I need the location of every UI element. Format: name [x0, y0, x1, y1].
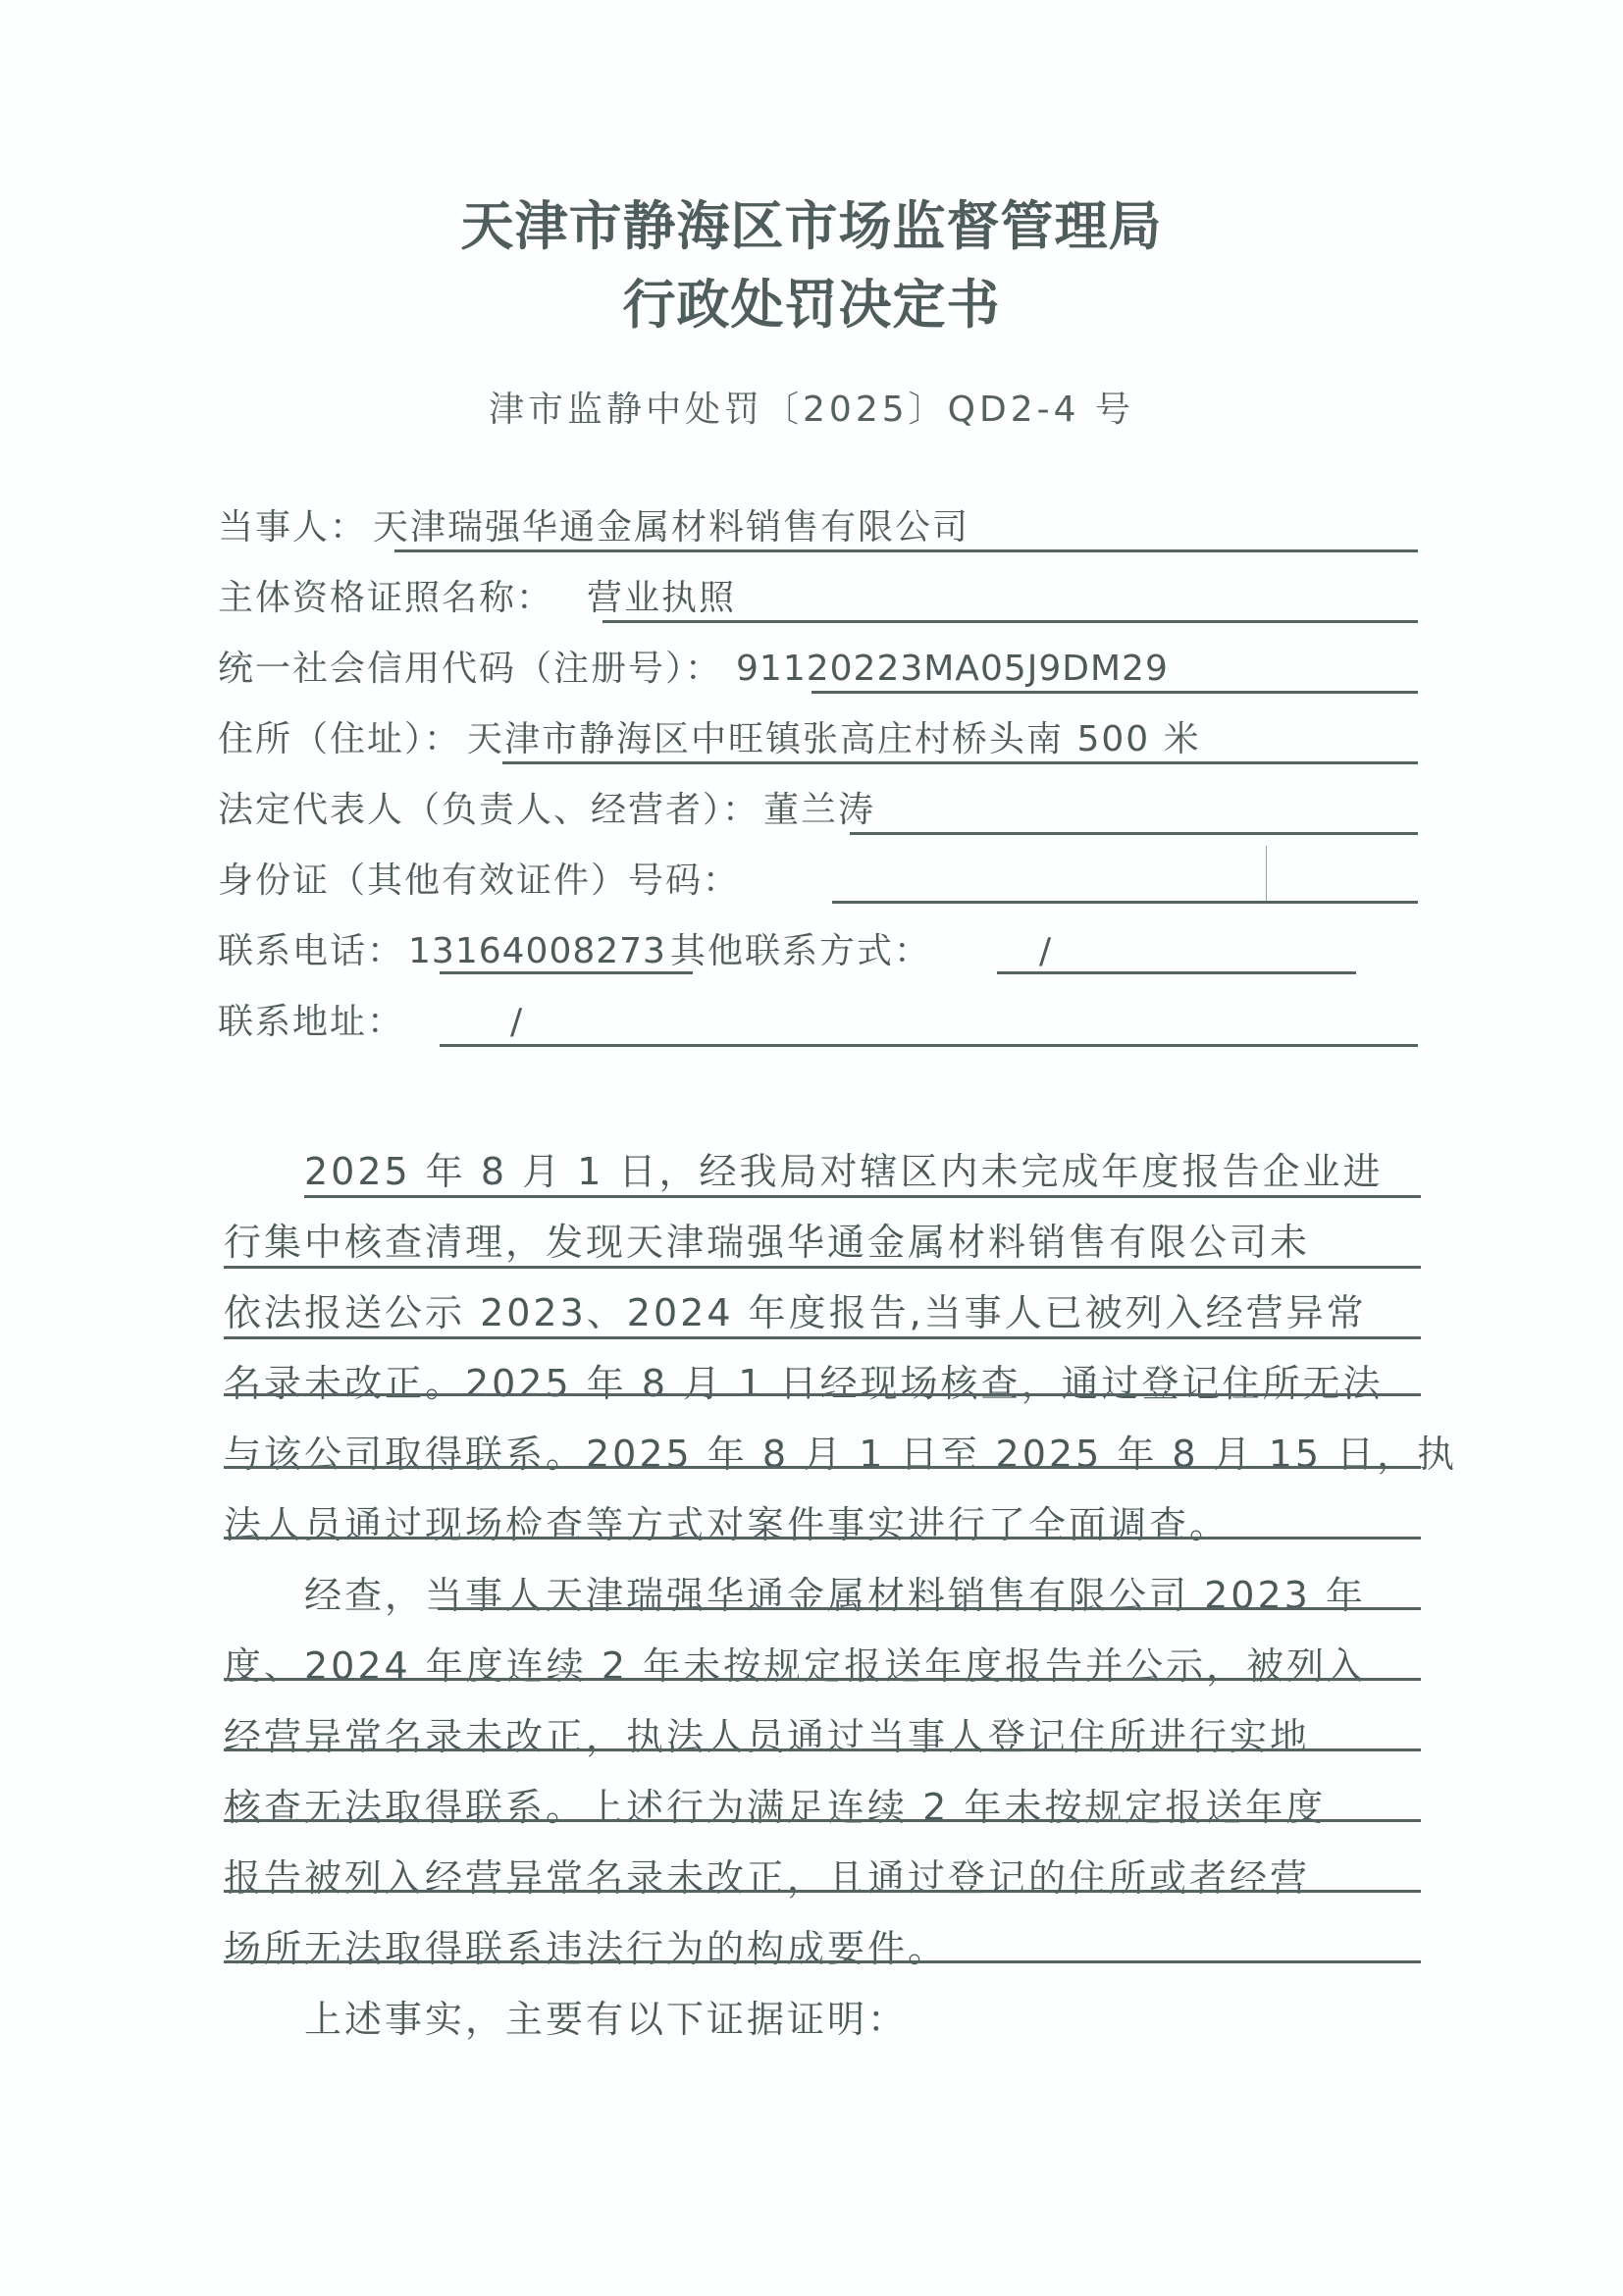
field-contact-address-underline: [440, 1044, 1418, 1047]
field-license-name-label: 主体资格证照名称：: [218, 573, 553, 624]
paragraph2-underline: [224, 1748, 1421, 1751]
paragraph1-line: 法人员通过现场检查等方式对案件事实进行了全面调查。: [224, 1497, 1421, 1552]
field-license-name-underline: [602, 620, 1418, 623]
field-address-label: 住所（住址）：: [218, 714, 461, 765]
field-party-underline: [394, 549, 1418, 552]
field-phone-value: 13164008273: [408, 926, 666, 977]
field-phone-underline: [440, 971, 693, 974]
field-id-number: 身份证（其他有效证件）号码：: [218, 856, 740, 907]
field-license-name-value: 营业执照: [587, 573, 736, 624]
field-contact-address-value: /: [510, 997, 524, 1048]
paragraph1-line: 依法报送公示 2023、2024 年度报告,当事人已被列入经营异常: [224, 1285, 1421, 1340]
paragraph2-line: 经营异常名录未改正，执法人员通过当事人登记住所进行实地: [224, 1709, 1421, 1764]
paragraph1-line: 2025 年 8 月 1 日，经我局对辖区内未完成年度报告企业进: [304, 1144, 1421, 1199]
paragraph2-prefix: 经查，: [304, 1574, 425, 1617]
paragraph3: 上述事实，主要有以下证据证明：: [304, 1992, 1421, 2047]
paragraph2-underline: [224, 1678, 1421, 1681]
field-party: 当事人：天津瑞强华通金属材料销售有限公司: [218, 502, 969, 553]
field-credit-code-label: 统一社会信用代码（注册号）：: [218, 644, 722, 695]
field-address-value: 天津市静海区中旺镇张高庄村桥头南 500 米: [467, 714, 1201, 765]
paragraph1-line: 与该公司取得联系。2025 年 8 月 1 日至 2025 年 8 月 15 日…: [224, 1427, 1421, 1482]
field-address-underline: [502, 761, 1418, 764]
field-phone-label: 联系电话：: [218, 926, 404, 977]
document-number: 津市监静中处罚〔2025〕QD2-4 号: [0, 392, 1623, 428]
penalty-decision-document: 天津市静海区市场监督管理局 行政处罚决定书 津市监静中处罚〔2025〕QD2-4…: [0, 0, 1623, 2296]
document-type-title: 行政处罚决定书: [0, 278, 1623, 331]
field-credit-code: 统一社会信用代码（注册号）：91120223MA05J9DM29: [218, 644, 1169, 695]
field-legal-representative: 法定代表人（负责人、经营者）：董兰涛: [218, 785, 875, 836]
paragraph1-underline: [224, 1336, 1421, 1339]
paragraph2-underline: [224, 1960, 1421, 1963]
paragraph2-line: 当事人天津瑞强华通金属材料销售有限公司 2023 年: [425, 1574, 1366, 1617]
paragraph1-underline: [224, 1466, 1421, 1469]
field-license-name: 主体资格证照名称：营业执照: [218, 573, 736, 624]
field-legal-representative-underline: [850, 832, 1418, 835]
field-credit-code-underline: [811, 691, 1418, 694]
paragraph1-underline: [224, 1537, 1421, 1539]
paragraph2-underline: [224, 1819, 1421, 1822]
field-address: 住所（住址）：天津市静海区中旺镇张高庄村桥头南 500 米: [218, 714, 1201, 765]
field-contact-address: 联系地址：/: [218, 997, 524, 1048]
paragraph1-line: 名录未改正。2025 年 8 月 1 日经现场核查，通过登记住所无法: [224, 1356, 1421, 1411]
field-other-contact-label: 其他联系方式：: [670, 926, 931, 977]
scan-mark: [1266, 846, 1267, 901]
paragraph1-underline: [304, 1195, 1421, 1198]
paragraph2-first-line: 经查，当事人天津瑞强华通金属材料销售有限公司 2023 年: [304, 1568, 1421, 1623]
paragraph2-line: 度、2024 年度连续 2 年未按规定报送年度报告并公示，被列入: [224, 1639, 1421, 1694]
field-id-number-label: 身份证（其他有效证件）号码：: [218, 856, 740, 907]
issuing-authority-title: 天津市静海区市场监督管理局: [0, 199, 1623, 252]
field-party-value: 天津瑞强华通金属材料销售有限公司: [373, 502, 969, 553]
field-id-number-underline: [832, 901, 1418, 904]
paragraph1-underline: [224, 1266, 1421, 1269]
paragraph2-line: 场所无法取得联系违法行为的构成要件。: [224, 1921, 1421, 1976]
paragraph1-line: 行集中核查清理，发现天津瑞强华通金属材料销售有限公司未: [224, 1215, 1421, 1270]
paragraph2-underline: [438, 1607, 1421, 1610]
field-legal-representative-value: 董兰涛: [763, 785, 875, 836]
paragraph2-line: 核查无法取得联系。上述行为满足连续 2 年未按规定报送年度: [224, 1780, 1421, 1835]
field-party-label: 当事人：: [218, 502, 367, 553]
field-other-contact-value: /: [1039, 926, 1053, 977]
paragraph2-underline: [224, 1890, 1421, 1893]
field-contact-address-label: 联系地址：: [218, 997, 404, 1048]
field-legal-representative-label: 法定代表人（负责人、经营者）：: [218, 785, 759, 836]
paragraph1-underline: [224, 1393, 1421, 1396]
field-other-contact-underline: [997, 971, 1356, 974]
paragraph2-line: 报告被列入经营异常名录未改正，且通过登记的住所或者经营: [224, 1851, 1421, 1905]
field-credit-code-value: 91120223MA05J9DM29: [736, 644, 1169, 695]
field-phone: 联系电话：13164008273其他联系方式：/: [218, 926, 1053, 977]
